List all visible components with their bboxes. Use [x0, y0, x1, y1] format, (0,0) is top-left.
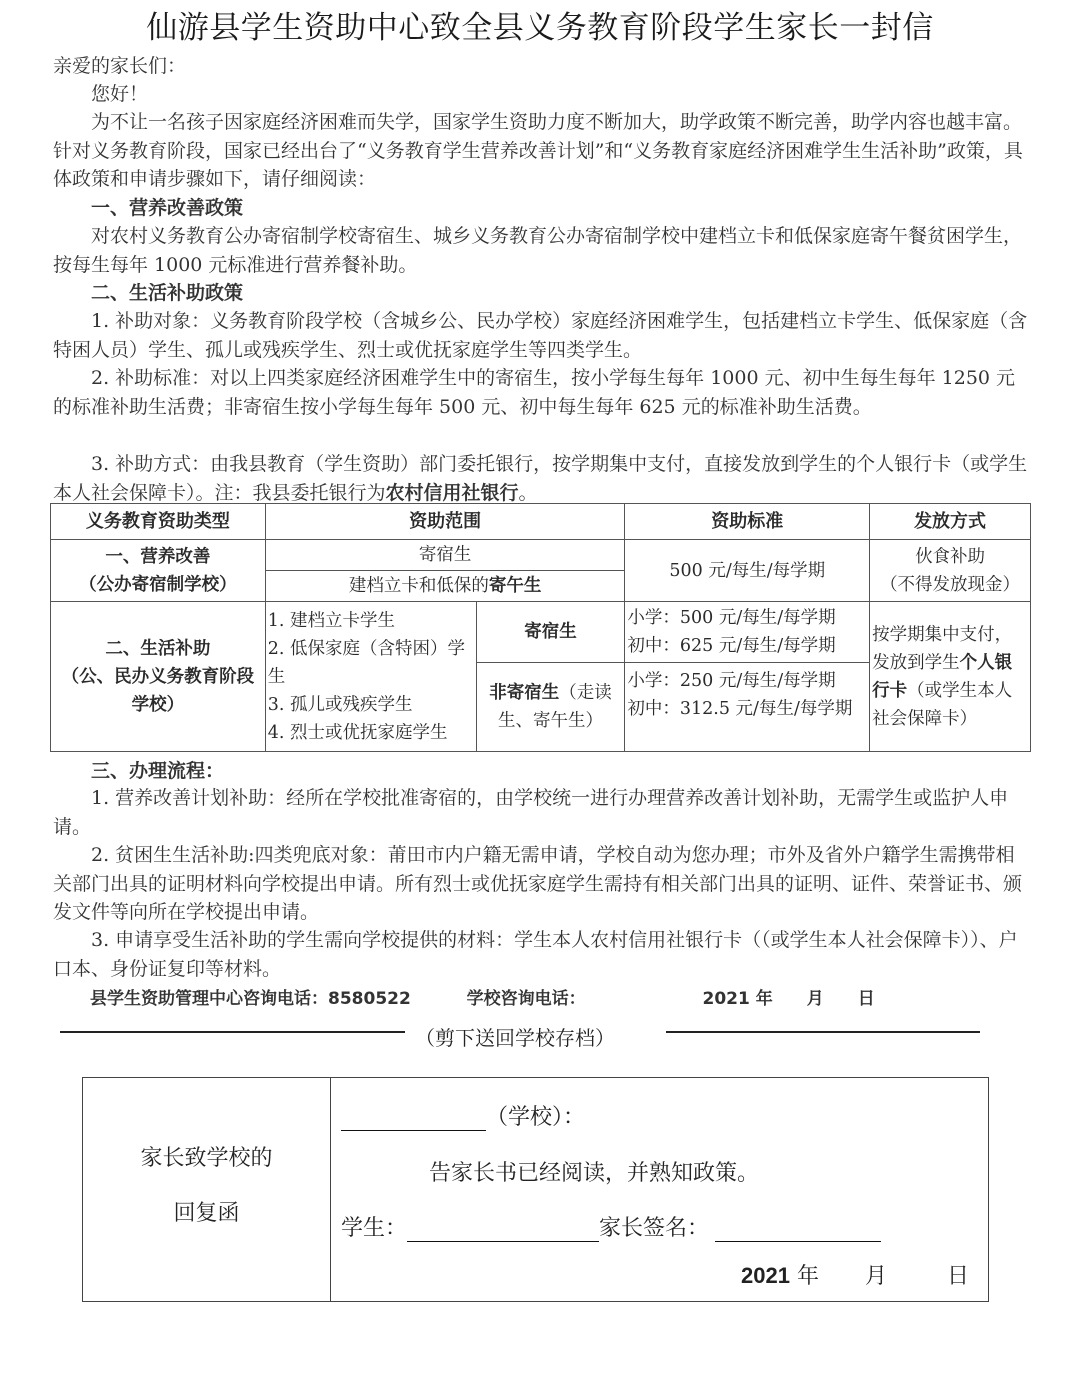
student-label: 学生：	[341, 1216, 407, 1241]
method-cell: 按学期集中支付，发放到学生个人银行卡（或学生本人社会保障卡）	[870, 602, 1031, 752]
header-cell: 资助范围	[265, 504, 625, 540]
cut-line-right	[666, 1031, 980, 1033]
section1-heading: 一、营养改善政策	[53, 194, 1033, 223]
intro-paragraph: 为不让一名孩子因家庭经济困难而失学，国家学生资助力度不断加大，助学政策不断完善，…	[53, 108, 1033, 194]
reply-title-line2: 回复函	[83, 1196, 330, 1227]
header-cell: 义务教育资助类型	[51, 504, 266, 540]
targets-cell: 1. 建档立卡学生 2. 低保家庭（含特困）学 生 3. 孤儿或残疾学生 4. …	[265, 602, 476, 752]
standard-cell: 500 元/每生/每学期	[625, 540, 870, 602]
salutation: 亲爱的家长们：	[53, 52, 1033, 81]
letter-date: 2021 年 月 日	[703, 989, 875, 1009]
type-cell: 一、营养改善 （公办寄宿制学校）	[51, 540, 266, 602]
section3-item1: 1. 营养改善计划补助：经所在学校批准寄宿的，由学校统一进行办理营养改善计划补助…	[53, 784, 1033, 841]
section3-item3: 3. 申请享受生活补助的学生需向学校提供的材料：学生本人农村信用社银行卡（（或学…	[53, 926, 1033, 983]
bank-name: 农村信用社银行	[386, 482, 519, 504]
parent-label: 家长签名：	[599, 1216, 709, 1241]
reply-month: 月	[865, 1264, 887, 1289]
school-name-field[interactable]	[341, 1106, 486, 1131]
section3-heading: 三、办理流程：	[53, 757, 1033, 786]
student-name-field[interactable]	[407, 1217, 599, 1242]
type-cell: 二、生活补助 （公、民办义务教育阶段 学校）	[51, 602, 266, 752]
cut-label: （剪下送回学校存档）	[415, 1022, 615, 1051]
boarding-standard-cell: 小学：500 元/每生/每学期 初中：625 元/每生/每学期	[625, 602, 870, 663]
school-suffix: （学校）：	[486, 1105, 585, 1130]
cut-line-left	[60, 1031, 405, 1033]
section1-body: 对农村义务教育公办寄宿制学校寄宿生、城乡义务教育公办寄宿制学校中建档立卡和低保家…	[53, 222, 1033, 279]
header-cell: 发放方式	[870, 504, 1031, 540]
section2-heading: 二、生活补助政策	[53, 279, 1033, 308]
table-header-row: 义务教育资助类型 资助范围 资助标准 发放方式	[51, 504, 1031, 540]
cut-line: （剪下送回学校存档）	[60, 1022, 980, 1052]
nonboarding-label-cell: 非寄宿生（走读生、寄午生）	[476, 663, 625, 752]
reply-statement: 告家长书已经阅读，并熟知政策。	[429, 1156, 759, 1187]
subsidy-table: 义务教育资助类型 资助范围 资助标准 发放方式 一、营养改善 （公办寄宿制学校）…	[50, 503, 1031, 752]
scope-cell: 建档立卡和低保的寄午生	[265, 571, 625, 602]
school-phone: 学校咨询电话：	[467, 989, 586, 1009]
reply-form: 家长致学校的 回复函 （学校）： 告家长书已经阅读，并熟知政策。 学生：家长签名…	[82, 1077, 989, 1302]
section2-item1: 1. 补助对象：义务教育阶段学校（含城乡公、民办学校）家庭经济困难学生，包括建档…	[53, 307, 1033, 364]
table-row: 一、营养改善 （公办寄宿制学校） 寄宿生 500 元/每生/每学期 伙食补助 （…	[51, 540, 1031, 571]
reply-title-line1: 家长致学校的	[83, 1141, 330, 1172]
reply-title-cell: 家长致学校的 回复函	[83, 1078, 331, 1301]
parent-signature-field[interactable]	[715, 1217, 881, 1242]
reply-body-cell: （学校）： 告家长书已经阅读，并熟知政策。 学生：家长签名： 2021 年 月 …	[331, 1078, 988, 1301]
boarding-label-cell: 寄宿生	[476, 602, 625, 663]
scope-cell: 寄宿生	[265, 540, 625, 571]
reply-day: 日	[947, 1264, 969, 1289]
reply-year: 2021	[741, 1263, 790, 1288]
letter-title: 仙游县学生资助中心致全县义务教育阶段学生家长一封信	[0, 2, 1080, 47]
greeting: 您好！	[53, 80, 1033, 109]
table-row: 二、生活补助 （公、民办义务教育阶段 学校） 1. 建档立卡学生 2. 低保家庭…	[51, 602, 1031, 663]
section3-item2: 2. 贫困生生活补助:四类兜底对象：莆田市内户籍无需申请，学校自动为您办理；市外…	[53, 841, 1033, 927]
contact-footer: 县学生资助管理中心咨询电话：8580522 学校咨询电话： 2021 年 月 日	[90, 984, 875, 1009]
header-cell: 资助标准	[625, 504, 870, 540]
section2-item3: 3. 补助方式：由我县教育（学生资助）部门委托银行，按学期集中支付，直接发放到学…	[53, 450, 1033, 507]
method-cell: 伙食补助 （不得发放现金）	[870, 540, 1031, 602]
center-phone: 县学生资助管理中心咨询电话：8580522	[90, 989, 411, 1009]
nonboarding-standard-cell: 小学：250 元/每生/每学期 初中：312.5 元/每生/每学期	[625, 663, 870, 752]
section2-item2: 2. 补助标准：对以上四类家庭经济困难学生中的寄宿生，按小学每生每年 1000 …	[53, 364, 1033, 421]
